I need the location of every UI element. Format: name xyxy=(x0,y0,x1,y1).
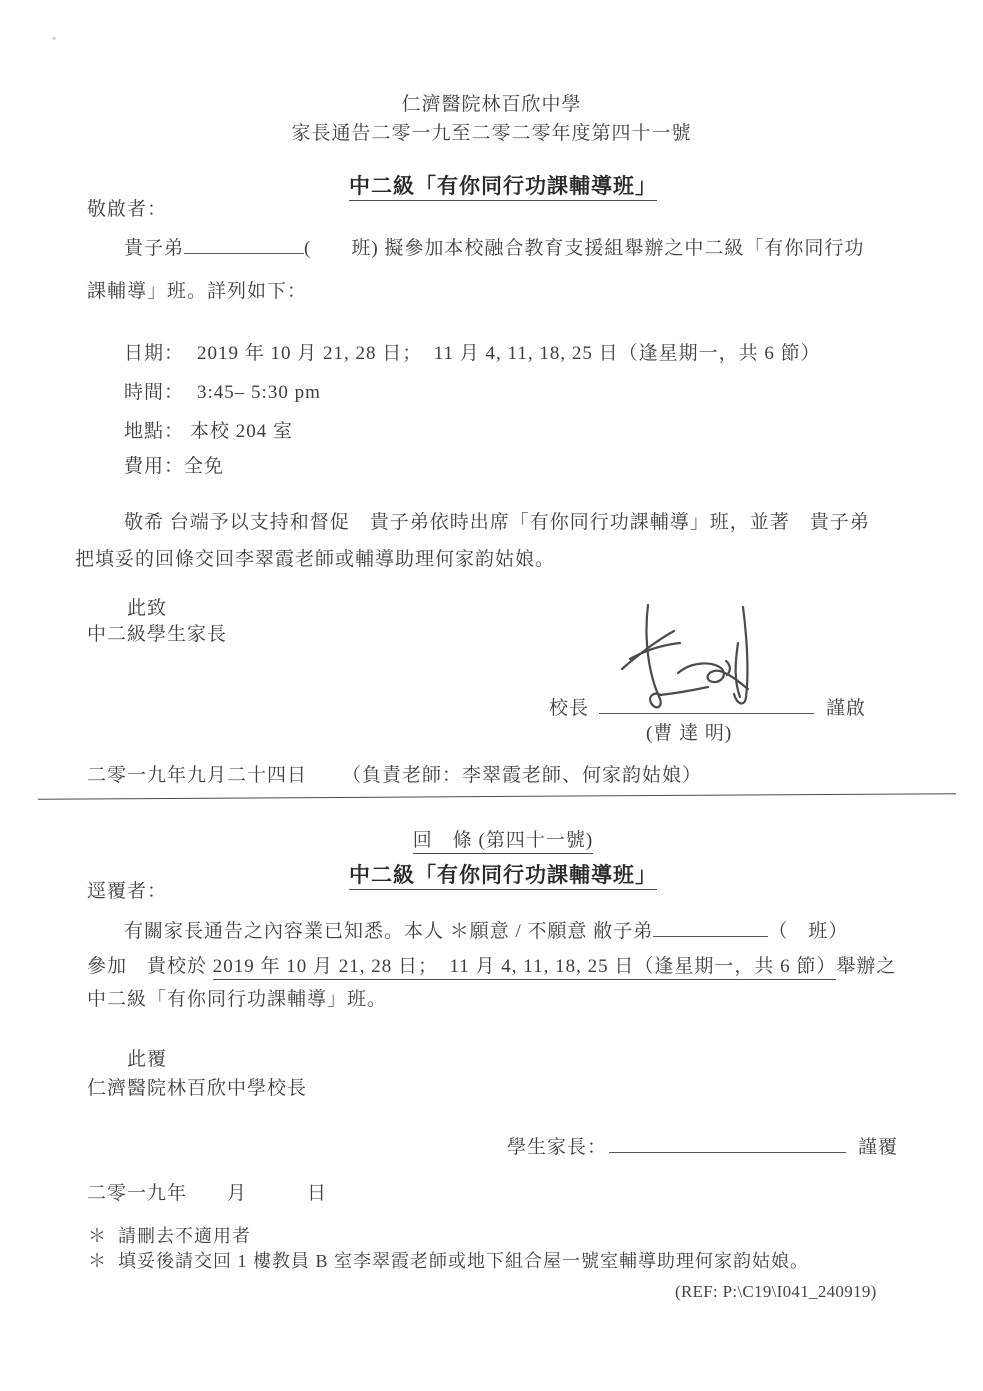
parent-label: 學生家長： xyxy=(507,1137,607,1158)
letter-intro-line: 貴子弟( 班) 擬參加本校融合教育支援組舉辦之中二級「有你同行功 xyxy=(124,237,864,261)
detail-fee-label: 費用： xyxy=(124,456,184,477)
principal-signature-blank xyxy=(599,698,814,714)
parent-signature-blank xyxy=(609,1137,846,1153)
parent-respect: 謹覆 xyxy=(858,1137,898,1158)
intro-class-bracket: ( 班) xyxy=(304,238,379,259)
scanned-notice-page: 仁濟醫院林百欣中學 家長通告二零一九至二零二零年度第四十一號 中二級「有你同行功… xyxy=(0,0,983,1391)
reference-code: (REF: P:\C19\I041_240919) xyxy=(675,1280,877,1304)
letter-salutation: 敬啟者： xyxy=(87,198,167,222)
letter-intro-cont: 課輔導」班。詳列如下： xyxy=(87,280,307,304)
detail-fee-value: 全免 xyxy=(184,456,224,477)
reply-addressee: 仁濟醫院林百欣中學校長 xyxy=(87,1077,307,1101)
letter-addressee: 中二級學生家長 xyxy=(87,623,227,647)
student-name-blank xyxy=(184,238,304,254)
intro-prefix: 貴子弟 xyxy=(124,238,184,259)
principal-label: 校長 xyxy=(549,698,589,719)
issue-date: 二零一九年九月二十四日 xyxy=(87,764,307,788)
reply-line-2: 參加 貴校於 2019 年 10 月 21, 28 日； 11 月 4, 11,… xyxy=(87,955,896,979)
detail-venue: 地點：本校 204 室 xyxy=(124,420,293,444)
detail-time: 時間：3:45– 5:30 pm xyxy=(124,381,321,405)
principal-signature-line: 校長謹啟 xyxy=(549,697,866,721)
reply-dates-underlined: 2019 年 10 月 21, 28 日； 11 月 4, 11, 18, 25… xyxy=(213,956,837,980)
footnote-return: ＊ 填妥後請交回 1 樓教員 B 室李翠霞老師或地下組合屋一號室輔導助理何家韵姑… xyxy=(88,1249,809,1273)
detail-venue-value: 本校 204 室 xyxy=(184,421,293,442)
detail-date-label: 日期： xyxy=(124,343,184,364)
notice-number: 家長通告二零一九至二零二零年度第四十一號 xyxy=(0,122,983,146)
detail-date-value: 2019 年 10 月 21, 28 日； 11 月 4, 11, 18, 25… xyxy=(184,343,821,364)
reply-line2-prefix: 參加 貴校於 xyxy=(87,956,213,977)
detail-venue-label: 地點： xyxy=(124,421,184,442)
letter-valediction: 此致 xyxy=(127,597,167,621)
notice-title-text: 中二級「有你同行功課輔導班」 xyxy=(349,174,657,201)
reply-ack: 有關家長通告之內容業已知悉。本人 xyxy=(124,921,450,942)
reply-child-name-blank xyxy=(653,921,768,937)
reply-date-blank: 二零一九年 月 日 xyxy=(87,1182,327,1206)
reply-salutation: 逕覆者： xyxy=(87,880,167,904)
reply-willing-choice: ＊願意 / 不願意 xyxy=(450,921,594,942)
reply-class-bracket: （ 班） xyxy=(768,921,848,942)
reply-line-3: 中二級「有你同行功課輔導」班。 xyxy=(87,988,387,1012)
reply-line2-suffix: 舉辦之 xyxy=(836,956,896,977)
principal-name: (曹 達 明) xyxy=(646,722,732,746)
detail-time-value: 3:45– 5:30 pm xyxy=(184,382,321,403)
detail-time-label: 時間： xyxy=(124,382,184,403)
school-name: 仁濟醫院林百欣中學 xyxy=(0,93,983,117)
scan-speck xyxy=(52,37,56,40)
closing-line-1: 敬希 台端予以支持和督促 貴子弟依時出席「有你同行功課輔導」班，並著 貴子弟 xyxy=(124,511,870,535)
detail-date: 日期：2019 年 10 月 21, 28 日； 11 月 4, 11, 18,… xyxy=(124,342,821,366)
teachers-in-charge: （負責老師：李翠霞老師、何家韵姑娘） xyxy=(342,764,702,788)
principal-respect: 謹啟 xyxy=(826,698,866,719)
section-divider xyxy=(38,793,956,800)
intro-rest: 擬參加本校融合教育支援組舉辦之中二級「有你同行功 xyxy=(379,238,865,259)
parent-signature-line: 學生家長：謹覆 xyxy=(507,1136,898,1160)
detail-fee: 費用：全免 xyxy=(124,455,224,479)
closing-line-2: 把填妥的回條交回李翠霞老師或輔導助理何家韵姑娘。 xyxy=(75,548,555,572)
reply-line-1: 有關家長通告之內容業已知悉。本人 ＊願意 / 不願意 敝子弟（ 班） xyxy=(124,920,848,944)
footnote-delete: ＊ 請刪去不適用者 xyxy=(88,1224,251,1248)
reply-child-label: 敝子弟 xyxy=(593,921,653,942)
reply-title-text: 中二級「有你同行功課輔導班」 xyxy=(349,863,657,890)
reply-valediction: 此覆 xyxy=(127,1048,167,1072)
